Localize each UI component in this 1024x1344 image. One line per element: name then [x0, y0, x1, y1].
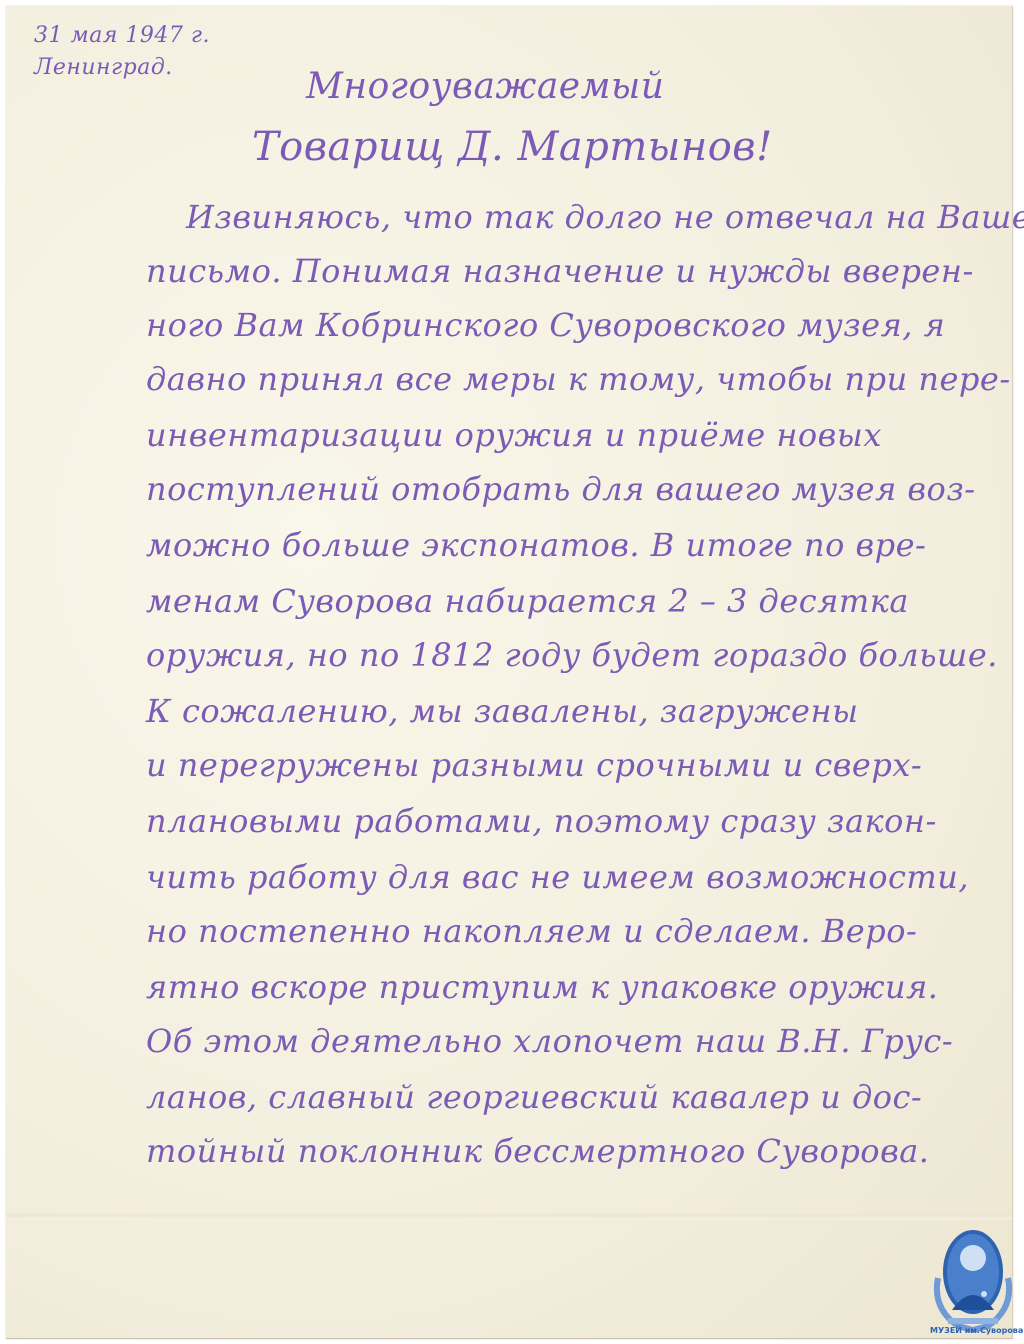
body-line: письмо. Понимая назначение и нужды ввере… — [146, 252, 974, 290]
body-line: менам Суворова набирается 2 – 3 десятка — [146, 582, 909, 620]
body-line: тойный поклонник бессмертного Суворова. — [146, 1132, 929, 1170]
body-line: ного Вам Кобринского Суворовского музея,… — [146, 306, 945, 344]
body-line: но постепенно накопляем и сделаем. Веро- — [146, 912, 917, 950]
letter-date: 31 мая 1947 г. — [34, 20, 210, 52]
paper-fold — [6, 1214, 1012, 1220]
letter-page: 31 мая 1947 г. Ленинград. Многоуважаемый… — [6, 6, 1013, 1339]
letter-date-block: 31 мая 1947 г. Ленинград. — [34, 20, 210, 84]
salutation-line-2: Товарищ Д. Мартынов! — [252, 124, 773, 170]
body-line: инвентаризации оружия и приёме новых — [146, 416, 882, 454]
museum-watermark-caption: МУЗЕЙ им.Суворова — [930, 1326, 1020, 1335]
body-line: ланов, славный георгиевский кавалер и до… — [146, 1078, 922, 1116]
body-line: и перегружены разными срочными и сверх- — [146, 746, 922, 784]
letter-place: Ленинград. — [34, 52, 210, 84]
body-line: чить работу для вас не имеем возможности… — [146, 858, 969, 896]
body-line: Извиняюсь, что так долго не отвечал на В… — [186, 198, 1024, 236]
suvorov-portrait-icon — [928, 1218, 1018, 1340]
body-line: плановыми работами, поэтому сразу закон- — [146, 802, 937, 840]
body-line: К сожалению, мы завалены, загружены — [146, 692, 859, 730]
body-line: можно больше экспонатов. В итоге по вре- — [146, 526, 926, 564]
salutation-line-1: Многоуважаемый — [306, 66, 664, 107]
body-line: ятно вскоре приступим к упаковке оружия. — [146, 968, 938, 1006]
body-line: давно принял все меры к тому, чтобы при … — [146, 360, 1011, 398]
body-line: оружия, но по 1812 году будет гораздо бо… — [146, 636, 998, 674]
body-line: Об этом деятельно хлопочет наш В.Н. Грус… — [146, 1022, 953, 1060]
body-line: поступлений отобрать для вашего музея во… — [146, 470, 976, 508]
